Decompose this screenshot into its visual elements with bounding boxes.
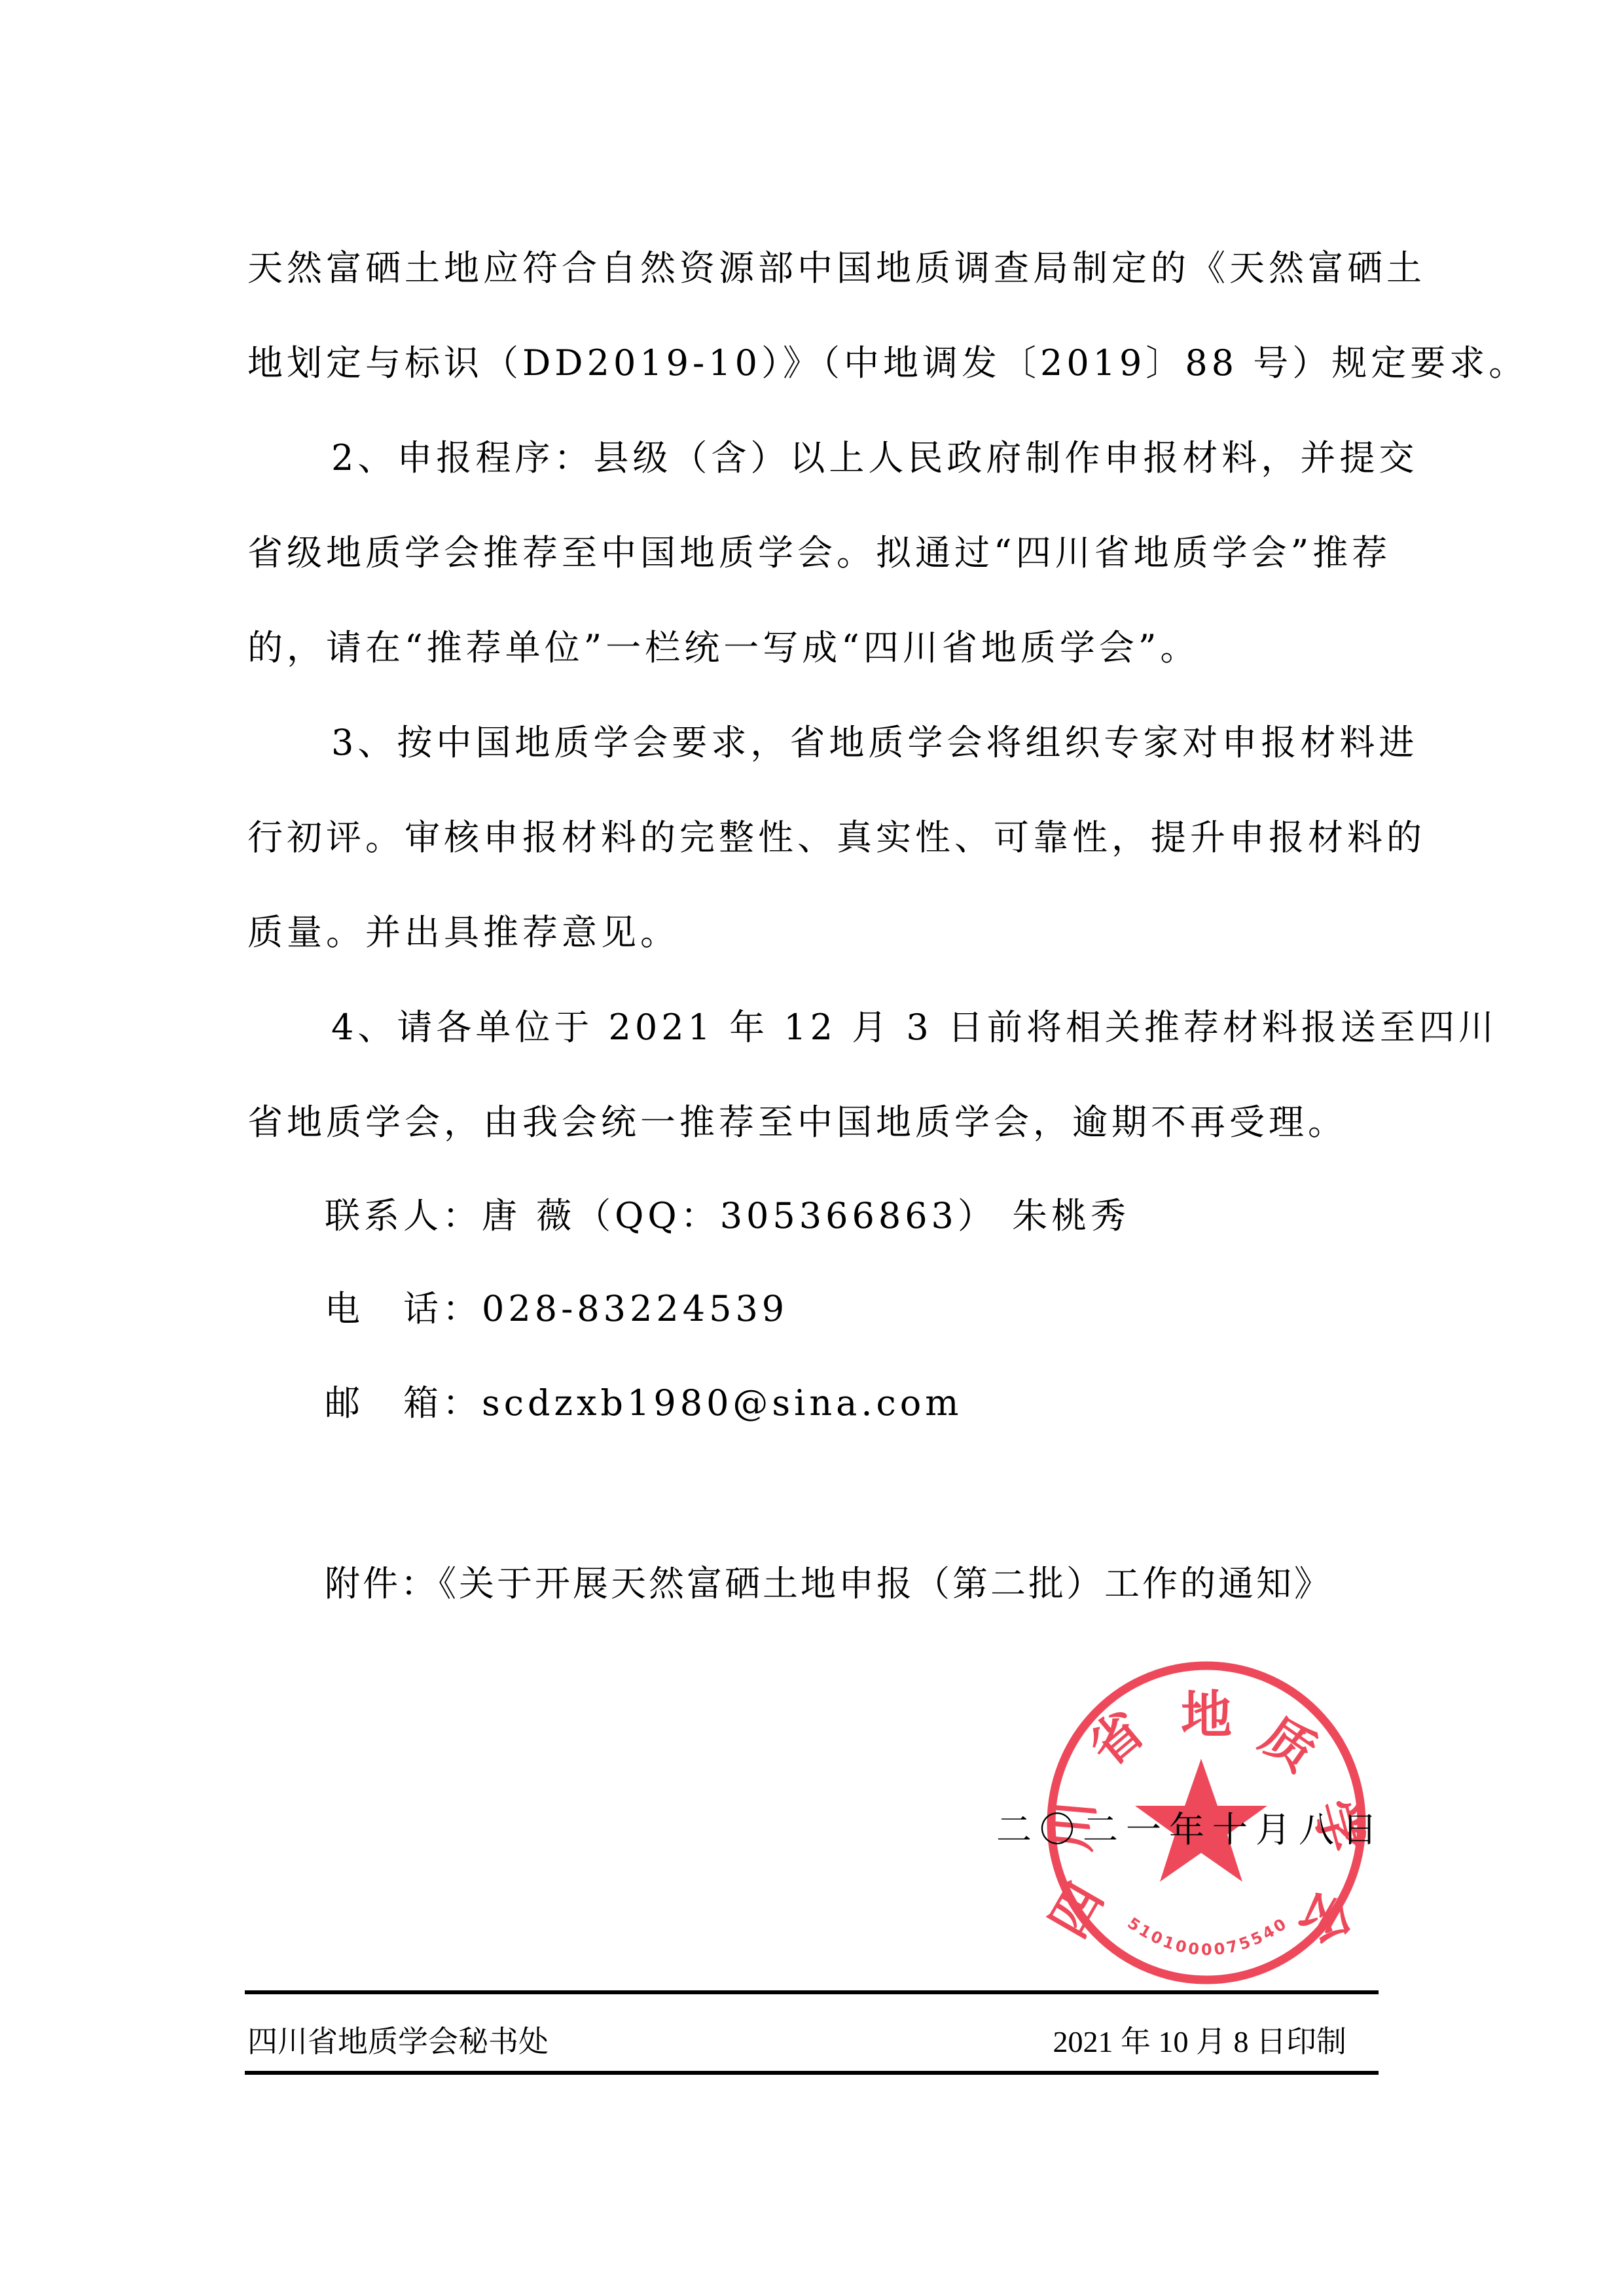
contact-phone-row: 电 话：028-83224539 [325,1283,788,1335]
attachment-label: 附件： [325,1563,439,1604]
para2-line-3: 的，请在“推荐单位”一栏统一写成“四川省地质学会”。 [247,622,1380,674]
signature-date: 二〇二一年十月八日 [996,1804,1385,1856]
para4-line-2: 省地质学会，由我会统一推荐至中国地质学会，逾期不再受理。 [247,1096,1380,1149]
contact-email-value[interactable]: scdzxb1980@sina.com [482,1382,963,1424]
document-page: 天然富硒土地应符合自然资源部中国地质调查局制定的《天然富硒土 地划定与标识（DD… [0,0,1624,2296]
seal-char-5: 质 [1250,1706,1326,1784]
seal-serial: 5101000075540 [1125,1914,1292,1959]
attachment-row: 附件：《关于开展天然富硒土地申报（第二批）工作的通知》 [325,1558,1332,1610]
para4-line-1: 4、请各单位于 2021 年 12 月 3 日前将相关推荐材料报送至四川 [247,1001,1380,1054]
footer-issuer: 四川省地质学会秘书处 [247,2022,549,2062]
para1-line-1: 天然富硒土地应符合自然资源部中国地质调查局制定的《天然富硒土 [247,242,1380,295]
contact-phone-label: 电 话： [325,1283,482,1335]
footer-bottom-rule [245,2071,1379,2075]
contact-person-label: 联系人： [325,1190,482,1242]
footer-top-rule [245,1990,1379,1994]
contact-email-row: 邮 箱：scdzxb1980@sina.com [325,1377,963,1429]
footer-print-date: 2021 年 10 月 8 日印制 [1053,2022,1347,2062]
para3-line-1: 3、按中国地质学会要求，省地质学会将组织专家对申报材料进 [247,717,1380,769]
para1-line-2: 地划定与标识（DD2019-10）》（中地调发〔2019〕88 号）规定要求。 [247,337,1380,389]
attachment-title: 《关于开展天然富硒土地申报（第二批）工作的通知》 [439,1563,1332,1604]
para2-line-2: 省级地质学会推荐至中国地质学会。拟通过“四川省地质学会”推荐 [247,527,1380,579]
contact-person-value: 唐 薇（QQ：305366863） 朱桃秀 [482,1195,1130,1236]
para2-line-1: 2、申报程序：县级（含）以上人民政府制作申报材料，并提交 [247,432,1380,484]
contact-phone-value: 028-83224539 [482,1288,788,1329]
contact-person-row: 联系人：唐 薇（QQ：305366863） 朱桃秀 [325,1190,1130,1242]
svg-text:5101000075540: 5101000075540 [1125,1914,1292,1959]
contact-email-label: 邮 箱： [325,1377,482,1429]
para3-line-2: 行初评。审核申报材料的完整性、真实性、可靠性，提升申报材料的 [247,812,1380,864]
seal-char-3: 省 [1078,1700,1155,1778]
para3-line-3: 质量。并出具推荐意见。 [247,906,1380,959]
seal-char-4: 地 [1181,1685,1232,1745]
